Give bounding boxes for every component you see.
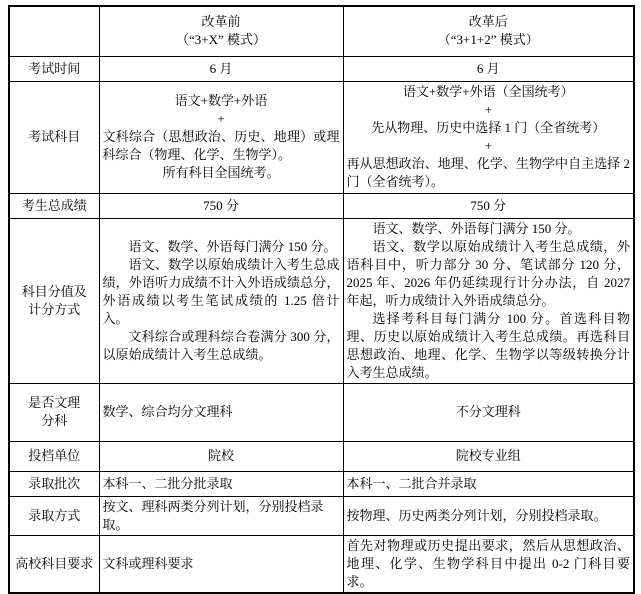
cell-total-score-after: 750 分: [343, 193, 634, 218]
row-label-arts-science-split: 是否文理 分科: [9, 383, 99, 441]
cell-exam-subjects-after: 语文+数学+外语（全国统考） + 先从物理、历史中选择 1 门（全省统考） + …: [343, 81, 634, 193]
cell-exam-subjects-before: 语文+数学+外语 + 文科综合（思想政治、历史、地理）或理科综合（物理、化学、生…: [99, 81, 343, 193]
header-corner-cell: [9, 6, 99, 56]
subjects-before-core: 语文+数学+外语: [103, 92, 340, 110]
scoring-after-para2: 语文、数学以原始成绩计入考生总成绩，外语科目中，听力部分 30 分、笔试部分 1…: [347, 238, 631, 310]
scoring-before-para2: 语文、数学以原始成绩计入考生总成绩，外语听力成绩不计入外语成绩总分，外语成绩以考…: [103, 256, 340, 328]
header-before-subtitle: （“3+X” 模式）: [103, 31, 340, 49]
row-scoring: 科目分值及 计分方式 语文、数学、外语每门满分 150 分。 语文、数学以原始成…: [9, 218, 634, 383]
row-admission-batch: 录取批次 本科一、二批分批录取 本科一、二批合并录取: [9, 471, 634, 496]
header-row: 改革前 （“3+X” 模式） 改革后 （“3+1+2” 模式）: [9, 6, 634, 56]
cell-arts-science-after: 不分文理科: [343, 383, 634, 441]
cell-filing-unit-before: 院校: [99, 441, 343, 471]
row-exam-time: 考试时间 6 月 6 月: [9, 56, 634, 81]
header-before-title: 改革前: [103, 13, 340, 31]
reform-comparison-table: 改革前 （“3+X” 模式） 改革后 （“3+1+2” 模式） 考试时间 6 月…: [8, 5, 635, 594]
cell-filing-unit-after: 院校专业组: [343, 441, 634, 471]
row-total-score: 考生总成绩 750 分 750 分: [9, 193, 634, 218]
row-label-scoring: 科目分值及 计分方式: [9, 218, 99, 383]
row-label-subject-requirements: 高校科目要求: [9, 535, 99, 593]
cell-arts-science-before: 数学、综合均分文理科: [99, 383, 343, 441]
cell-admission-batch-before: 本科一、二批分批录取: [99, 471, 343, 496]
scoring-before-para3: 文科综合或理科综合卷满分 300 分，以原始成绩计入考生总成绩。: [103, 328, 340, 364]
cell-admission-method-after: 按物理、历史两类分列计划，分别投档录取。: [343, 496, 634, 535]
row-arts-science-split: 是否文理 分科 数学、综合均分文理科 不分文理科: [9, 383, 634, 441]
cell-admission-batch-after: 本科一、二批合并录取: [343, 471, 634, 496]
row-label-exam-subjects: 考试科目: [9, 81, 99, 193]
page: 改革前 （“3+X” 模式） 改革后 （“3+1+2” 模式） 考试时间 6 月…: [0, 0, 641, 562]
plus-sign: +: [103, 110, 340, 128]
header-after-title: 改革后: [347, 13, 631, 31]
cell-subject-requirements-before: 文科或理科要求: [99, 535, 343, 593]
row-label-total-score: 考生总成绩: [9, 193, 99, 218]
row-subject-requirements: 高校科目要求 文科或理科要求 首先对物理或历史提出要求，然后从思想政治、地理、化…: [9, 535, 634, 593]
cell-total-score-before: 750 分: [99, 193, 343, 218]
cell-admission-method-before: 按文、理科两类分列计划，分别投档录取。: [99, 496, 343, 535]
plus-sign: +: [347, 137, 631, 155]
subjects-after-core: 语文+数学+外语（全国统考）: [347, 83, 631, 101]
cell-subject-requirements-after: 首先对物理或历史提出要求，然后从思想政治、地理、化学、生物学科目中提出 0-2 …: [343, 535, 634, 593]
cell-exam-time-after: 6 月: [343, 56, 634, 81]
scoring-before-para1: 语文、数学、外语每门满分 150 分。: [103, 238, 340, 256]
subjects-after-first-choice: 先从物理、历史中选择 1 门（全省统考）: [347, 119, 631, 137]
cell-scoring-after: 语文、数学、外语每门满分 150 分。 语文、数学以原始成绩计入考生总成绩，外语…: [343, 218, 634, 383]
row-label-exam-time: 考试时间: [9, 56, 99, 81]
subjects-after-second-choice: 再从思想政治、地理、化学、生物学中自主选择 2 门（全省统考）。: [347, 155, 631, 191]
row-filing-unit: 投档单位 院校 院校专业组: [9, 441, 634, 471]
row-label-filing-unit: 投档单位: [9, 441, 99, 471]
row-admission-method: 录取方式 按文、理科两类分列计划，分别投档录取。 按物理、历史两类分列计划，分别…: [9, 496, 634, 535]
row-exam-subjects: 考试科目 语文+数学+外语 + 文科综合（思想政治、历史、地理）或理科综合（物理…: [9, 81, 634, 193]
subjects-before-comprehensive: 文科综合（思想政治、历史、地理）或理科综合（物理、化学、生物学）。: [103, 128, 340, 164]
header-after-cell: 改革后 （“3+1+2” 模式）: [343, 6, 634, 56]
subjects-before-note: 所有科目全国统考。: [103, 164, 340, 182]
cell-exam-time-before: 6 月: [99, 56, 343, 81]
header-after-subtitle: （“3+1+2” 模式）: [347, 31, 631, 49]
row-label-admission-batch: 录取批次: [9, 471, 99, 496]
plus-sign: +: [347, 101, 631, 119]
row-label-admission-method: 录取方式: [9, 496, 99, 535]
scoring-after-para1: 语文、数学、外语每门满分 150 分。: [347, 220, 631, 238]
header-before-cell: 改革前 （“3+X” 模式）: [99, 6, 343, 56]
cell-scoring-before: 语文、数学、外语每门满分 150 分。 语文、数学以原始成绩计入考生总成绩，外语…: [99, 218, 343, 383]
scoring-after-para3: 选择考科目每门满分 100 分。首选科目物理、历史以原始成绩计入考生总成绩。再选…: [347, 310, 631, 382]
